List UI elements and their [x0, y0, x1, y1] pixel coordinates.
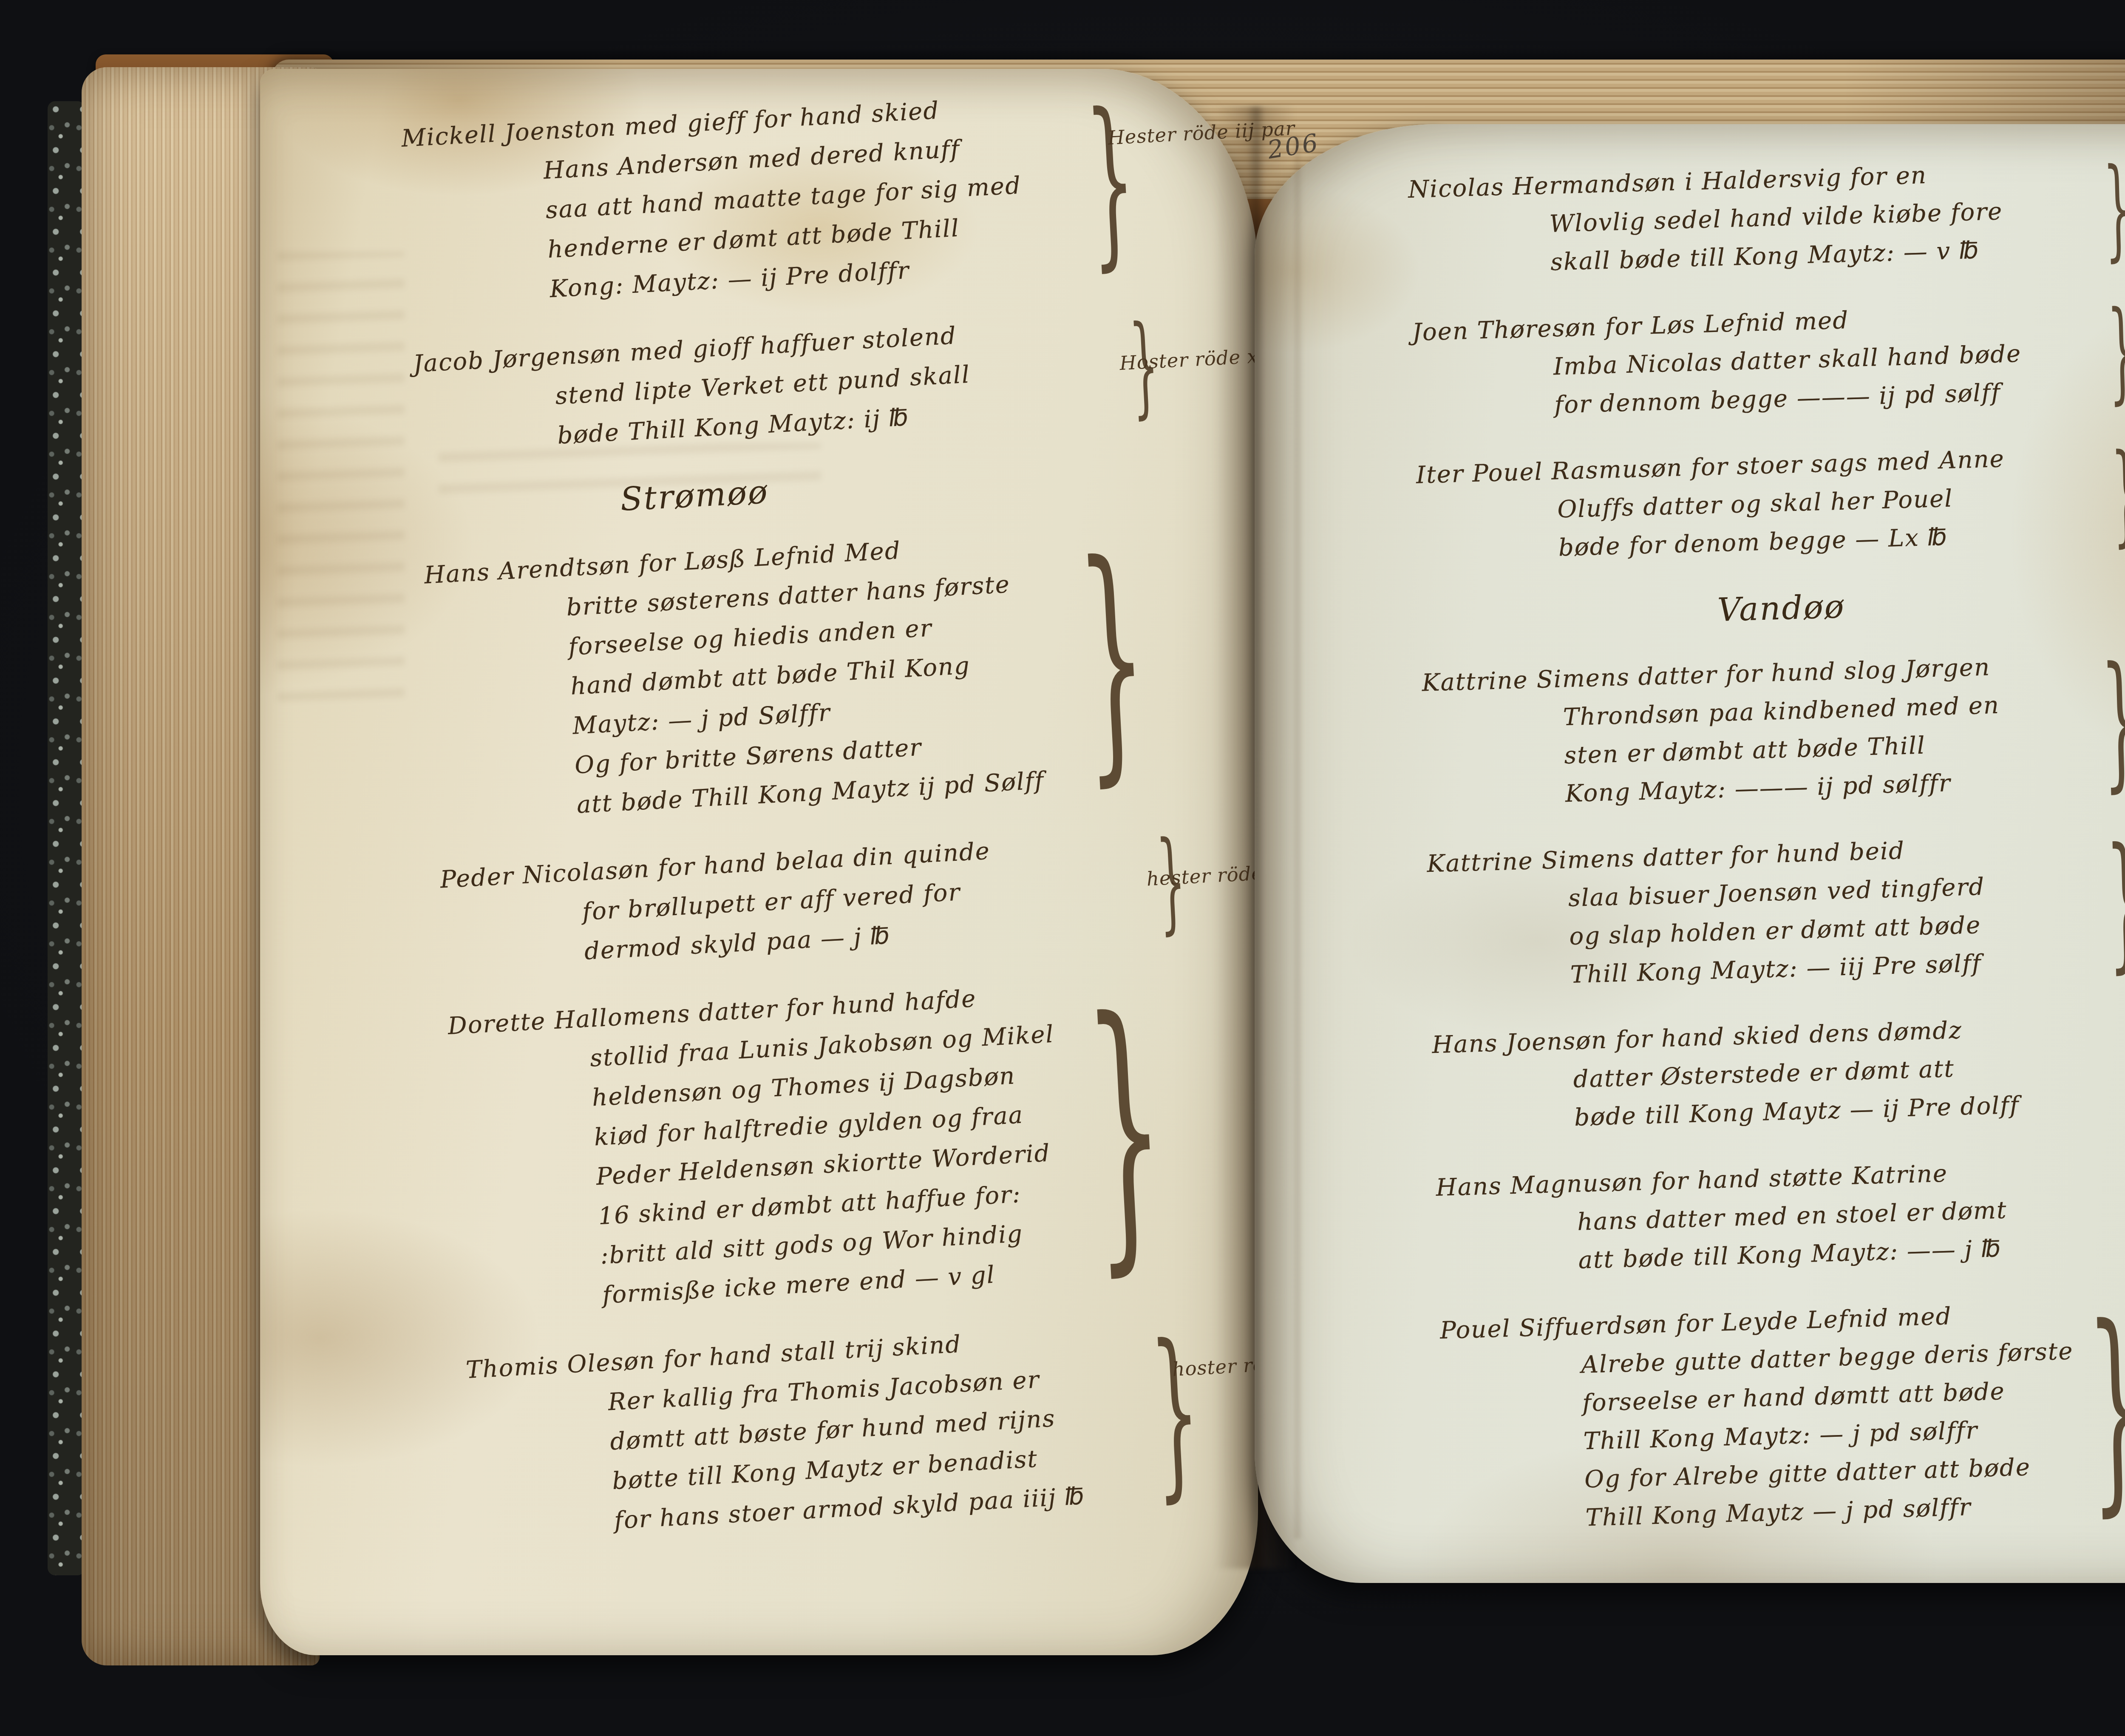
ledger-entry: Hans Magnusøn for hand støtte Katrinehan…	[1436, 1149, 2125, 1284]
entry-brace: }	[1082, 996, 1170, 1263]
ledger-entry: Kattrine Simens datter for hund beidslaa…	[1426, 826, 2125, 998]
left-page: Mickell Joenston med gieff for hand skie…	[260, 69, 1258, 1655]
entry-brace: }	[2100, 655, 2125, 788]
left-page-text: Mickell Joenston med gieff for hand skie…	[400, 82, 1194, 1576]
ledger-entry: Thomis Olesøn for hand stall trij skindR…	[465, 1313, 1193, 1548]
entry-brace: }	[2106, 301, 2125, 401]
ledger-entry: Joen Thøresøn for Løs Lefnid medImba Nic…	[1411, 294, 2111, 428]
right-page: 206 Nicolas Hermandsøn i Haldersvig for …	[1255, 124, 2125, 1583]
ledger-entry: Kattrine Simens datter for hund slog Jør…	[1421, 645, 2122, 817]
section-heading: Strømøø	[619, 453, 1139, 518]
section-heading: Vandøø	[1717, 580, 2117, 629]
manuscript-photo: Mickell Joenston med gieff for hand skie…	[0, 0, 2125, 1736]
entry-brace: }	[2102, 159, 2125, 258]
entry-brace: }	[2105, 836, 2125, 969]
entry-brace: }	[1148, 1329, 1204, 1495]
ledger-entry: Pouel Siffuerdsøn for Leyde Lefnid medAl…	[1439, 1292, 2125, 1541]
entry-brace: }	[1084, 97, 1139, 264]
ledger-entry: Nicolas Hermandsøn i Haldersvig for enWl…	[1408, 151, 2108, 286]
ledger-entry: Hans Arendtsøn for Løsß Lefnid Medbritte…	[423, 518, 1155, 832]
ledger-entry: Jacob Jørgensøn med gioff haffuer stolen…	[412, 307, 1136, 463]
ledger-entry: Iter Pouel Rasmusøn for stoer sags med A…	[1416, 437, 2116, 571]
right-page-text: Nicolas Hermandsøn i Haldersvig for enWl…	[1408, 151, 2125, 1569]
ledger-entry: Peder Nicolasøn for hand belaa din quind…	[439, 823, 1162, 979]
ink-showthrough	[277, 252, 405, 719]
entry-brace: }	[1075, 542, 1152, 775]
entry-brace: }	[2111, 444, 2125, 544]
ledger-entry: Dorette Hallomens datter for hund hafdes…	[447, 969, 1181, 1322]
page-crease	[1292, 136, 1303, 1539]
entry-brace: }	[2086, 1308, 2125, 1507]
ledger-entry: Hans Joensøn for hand skied dens dømdzda…	[1431, 1007, 2125, 1141]
cover-marbled-edge-left	[48, 101, 85, 1575]
ledger-entry: Mickell Joenston med gieff for hand skie…	[400, 82, 1128, 317]
